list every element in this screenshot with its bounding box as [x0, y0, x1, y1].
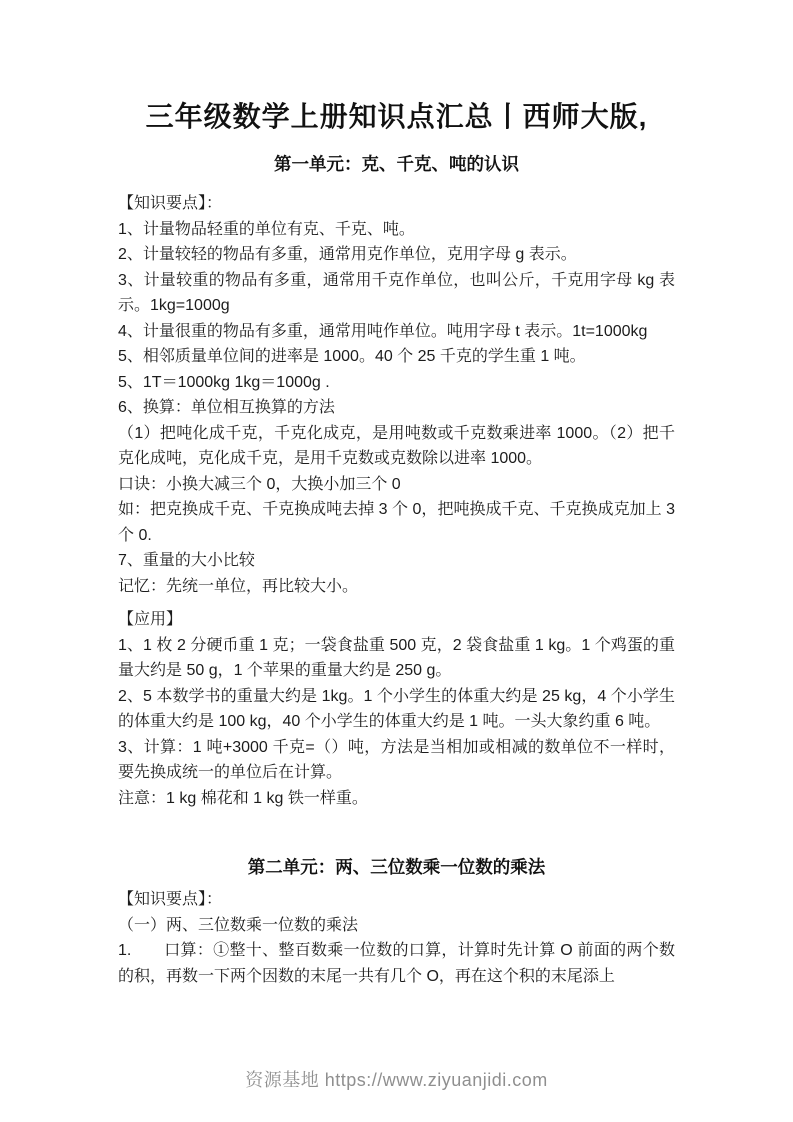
paragraph: 口诀：小换大减三个 0，大换小加三个 0	[118, 472, 675, 498]
document-title: 三年级数学上册知识点汇总丨西师大版,	[0, 0, 793, 133]
paragraph: 【知识要点】：	[118, 191, 675, 217]
paragraph: 7、重量的大小比较	[118, 548, 675, 574]
paragraph: （1）把吨化成千克，千克化成克，是用吨数或千克数乘进率 1000。（2）把千克化…	[118, 421, 675, 472]
paragraph: 5、相邻质量单位间的进率是 1000。40 个 25 千克的学生重 1 吨。	[118, 344, 675, 370]
paragraph: 4、计量很重的物品有多重，通常用吨作单位。吨用字母 t 表示。1t=1000kg	[118, 319, 675, 345]
section-2-body: 【知识要点】： （一）两、三位数乘一位数的乘法 1. 口算：①整十、整百数乘一位…	[118, 887, 675, 989]
paragraph: 【知识要点】：	[118, 887, 675, 913]
paragraph: 注意：1 kg 棉花和 1 kg 铁一样重。	[118, 786, 675, 812]
footer-watermark-text: 资源基地 https://www.ziyuanjidi.com	[245, 1070, 548, 1090]
paragraph: 2、计量较轻的物品有多重，通常用克作单位，克用字母 g 表示。	[118, 242, 675, 268]
paragraph: 1、计量物品轻重的单位有克、千克、吨。	[118, 217, 675, 243]
paragraph: 6、换算：单位相互换算的方法	[118, 395, 675, 421]
page-footer: 资源基地 https://www.ziyuanjidi.com	[0, 1066, 793, 1092]
paragraph: 记忆：先统一单位，再比较大小。	[118, 574, 675, 600]
paragraph: 如：把克换成千克、千克换成吨去掉 3 个 0，把吨换成千克、千克换成克加上 3 …	[118, 497, 675, 548]
paragraph: 3、计量较重的物品有多重，通常用千克作单位，也叫公斤，千克用字母 kg 表示。1…	[118, 268, 675, 319]
paragraph: 5、1T＝1000kg 1kg＝1000g .	[118, 370, 675, 396]
paragraph: （一）两、三位数乘一位数的乘法	[118, 913, 675, 939]
section-1-heading: 第一单元：克、千克、吨的认识	[0, 154, 793, 175]
paragraph: 1、1 枚 2 分硬币重 1 克；一袋食盐重 500 克，2 袋食盐重 1 kg…	[118, 633, 675, 684]
section-2-heading: 第二单元：两、三位数乘一位数的乘法	[0, 857, 793, 878]
paragraph: 2、5 本数学书的重量大约是 1kg。1 个小学生的体重大约是 25 kg，4 …	[118, 684, 675, 735]
section-1-body: 【知识要点】： 1、计量物品轻重的单位有克、千克、吨。 2、计量较轻的物品有多重…	[118, 191, 675, 811]
paragraph-application-header: 【应用】	[118, 607, 675, 633]
paragraph: 1. 口算：①整十、整百数乘一位数的口算，计算时先计算 O 前面的两个数的积，再…	[118, 938, 675, 989]
document-page: 三年级数学上册知识点汇总丨西师大版, 第一单元：克、千克、吨的认识 【知识要点】…	[0, 0, 793, 1122]
paragraph: 3、计算：1 吨+3000 千克=（）吨，方法是当相加或相减的数单位不一样时，要…	[118, 735, 675, 786]
